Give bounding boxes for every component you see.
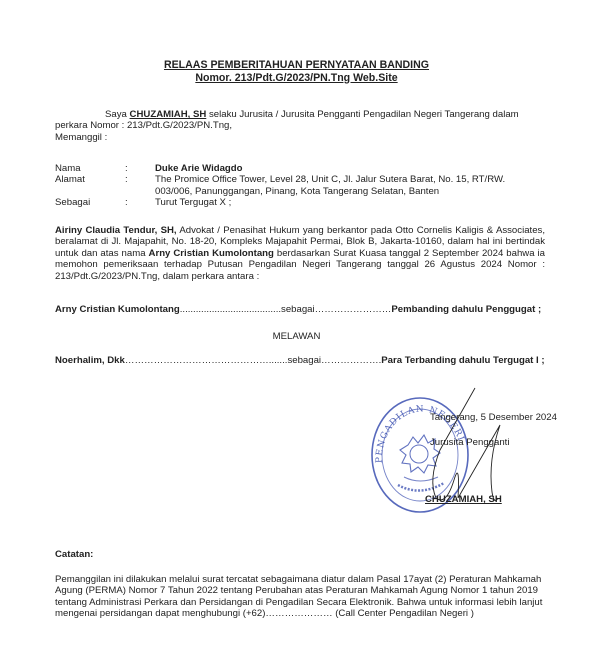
appellant-role: Pembanding dahulu Penggugat ; — [391, 304, 541, 315]
intro-paragraph: Saya CHUZAMIAH, SH selaku Jurusita / Jur… — [55, 109, 545, 143]
dot-leader: ………………………………………....... — [125, 355, 288, 366]
field-separator: : — [125, 197, 155, 208]
field-separator: : — [125, 174, 155, 197]
document-title-block: RELAAS PEMBERITAHUAN PERNYATAAN BANDING … — [0, 59, 593, 84]
field-separator: : — [125, 163, 155, 174]
field-value: Turut Tergugat X ; — [155, 197, 515, 208]
signature-place-date: Tangerang, 5 Desember 2024 — [430, 412, 560, 423]
appellant-name: Arny Cristian Kumolontang — [55, 304, 180, 315]
field-alamat: Alamat : The Promice Office Tower, Level… — [55, 174, 555, 197]
field-sebagai: Sebagai : Turut Tergugat X ; — [55, 197, 555, 208]
field-label: Nama — [55, 163, 125, 174]
field-value: Duke Arie Widagdo — [155, 163, 515, 174]
dot-leader: ...................................... — [180, 304, 281, 315]
respondent-line: Noerhalim, Dkk……………………………………….......seba… — [55, 355, 555, 366]
notes-text: Pemanggilan ini dilakukan melalui surat … — [55, 574, 545, 620]
field-value: The Promice Office Tower, Level 28, Unit… — [155, 174, 535, 197]
document-number: Nomor. 213/Pdt.G/2023/PN.Tng Web.Site — [0, 72, 593, 85]
svg-text:PENGADILAN NEGERI TANGERANG: PENGADILAN NEGERI TANGERANG — [368, 393, 467, 463]
document-title: RELAAS PEMBERITAHUAN PERNYATAAN BANDING — [0, 59, 593, 72]
officer-name: CHUZAMIAH, SH — [130, 109, 207, 120]
dot-leader: …………………… — [315, 304, 392, 315]
field-label: Alamat — [55, 174, 125, 197]
notes-heading: Catatan: — [55, 549, 93, 560]
summon-label: Memanggil : — [55, 132, 107, 143]
summoned-party-fields: Nama : Duke Arie Widagdo Alamat : The Pr… — [55, 163, 555, 209]
as-label: sebagai — [281, 304, 315, 315]
dot-leader: ………………. — [321, 355, 381, 366]
intro-prefix: Saya — [105, 109, 127, 120]
field-label: Sebagai — [55, 197, 125, 208]
respondent-role: Para Terbanding dahulu Tergugat I ; — [381, 355, 544, 366]
field-nama: Nama : Duke Arie Widagdo — [55, 163, 555, 174]
representation-paragraph: Airiny Claudia Tendur, SH, Advokat / Pen… — [55, 225, 545, 282]
lawyer-name: Airiny Claudia Tendur, SH, — [55, 225, 177, 236]
appellant-line: Arny Cristian Kumolontang...............… — [55, 304, 555, 315]
signature-position: Jurusita Pengganti — [430, 437, 560, 448]
respondent-name: Noerhalim, Dkk — [55, 355, 125, 366]
stamp-text: PENGADILAN NEGERI TANGERANG — [368, 393, 467, 463]
signature-name: CHUZAMIAH, SH — [425, 494, 555, 505]
versus-label: MELAWAN — [0, 331, 593, 342]
as-label: sebagai — [287, 355, 321, 366]
client-name: Arny Cristian Kumolontang — [149, 248, 274, 259]
